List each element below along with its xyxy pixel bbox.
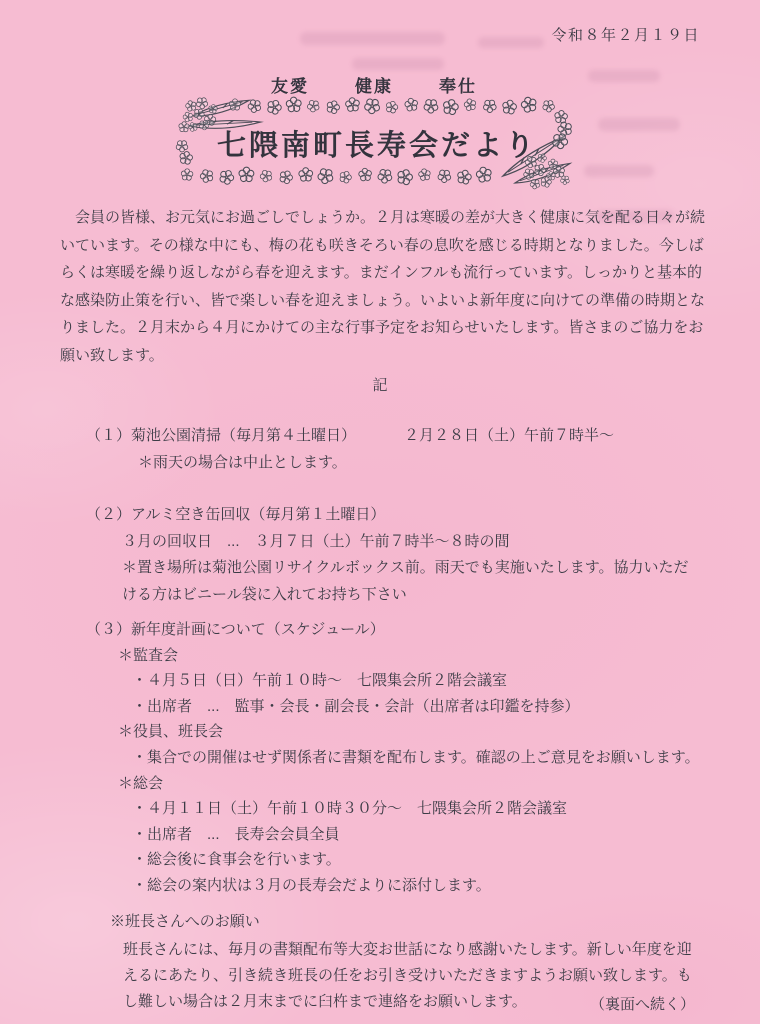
newsletter-title: 七隈南町長寿会だより [177, 123, 577, 164]
bleedthrough-smudge [598, 118, 680, 131]
notice-title: ※班長さんへのお願い [110, 909, 699, 935]
section-1-heading: （１）菊池公園清掃（毎月第４土曜日） [86, 422, 356, 449]
section-1-rain-note: ＊雨天の場合は中止とします。 [86, 449, 614, 476]
bleedthrough-smudge [352, 58, 444, 70]
plan-line-audit-date: ・４月５日（日）午前１０時～ 七隈集会所２階会議室 [86, 668, 700, 694]
plan-line-audit-attendees: ・出席者 ... 監事・会長・副会長・会計（出席者は印鑑を持参） [86, 694, 700, 720]
bleedthrough-smudge [300, 32, 445, 45]
scanned-newsletter-page: 令和８年２月１９日 友愛 健康 奉仕 [0, 0, 760, 1024]
plan-line-meeting-date: ・４月１１日（土）午前１０時３０分～ 七隈集会所２階会議室 [86, 796, 700, 822]
intro-paragraph: 会員の皆様、お元気にお過ごしでしょうか。２月は寒暖の差が大きく健康に気を配る日々… [60, 204, 706, 369]
document-date: 令和８年２月１９日 [551, 24, 700, 45]
continues-note: （裏面へ続く） [590, 993, 695, 1014]
plan-line-dinner: ・総会後に食事会を行います。 [86, 847, 700, 873]
section-2-place-note: ＊置き場所は菊池公園リサイクルボックス前。雨天でも実施いたします。協力いただける… [86, 555, 698, 608]
motto-word-health: 健康 [355, 72, 393, 97]
plan-line-invitation: ・総会の案内状は３月の長寿会だよりに添付します。 [86, 873, 700, 899]
bleedthrough-smudge [588, 70, 660, 82]
plan-line-general-meeting: ＊総会 [86, 771, 700, 797]
plan-line-officers: ＊役員、班長会 [86, 719, 700, 745]
section-park-cleaning: （１）菊池公園清掃（毎月第４土曜日） ２月２８日（土）午前７時半～ ＊雨天の場合… [86, 422, 614, 476]
plan-line-meeting-attendees: ・出席者 ... 長寿会会員全員 [86, 822, 700, 848]
section-can-collection: （２）アルミ空き缶回収（毎月第１土曜日） ３月の回収日 ... ３月７日（土）午… [86, 502, 698, 608]
section-1-date: ２月２８日（土）午前７時半～ [404, 422, 614, 449]
title-banner: 七隈南町長寿会だより [177, 96, 577, 188]
motto-word-friendship: 友愛 [271, 72, 309, 97]
bleedthrough-smudge [478, 37, 544, 48]
section-new-year-plan: （３）新年度計画について（スケジュール） ＊監査会 ・４月５日（日）午前１０時～… [86, 617, 700, 899]
motto-row: 友愛 健康 奉仕 [271, 72, 477, 97]
plan-line-officers-note: ・集合での開催はせず関係者に書類を配布します。確認の上ご意見をお願いします。 [86, 745, 700, 771]
section-3-heading: （３）新年度計画について（スケジュール） [86, 617, 700, 643]
section-2-schedule: ３月の回収日 ... ３月７日（土）午前７時半～８時の間 [86, 529, 698, 556]
bleedthrough-smudge [584, 165, 654, 177]
record-heading: 記 [0, 374, 760, 395]
plan-line-audit: ＊監査会 [86, 643, 700, 669]
section-2-heading: （２）アルミ空き缶回収（毎月第１土曜日） [86, 502, 698, 529]
motto-word-service: 奉仕 [439, 72, 477, 97]
